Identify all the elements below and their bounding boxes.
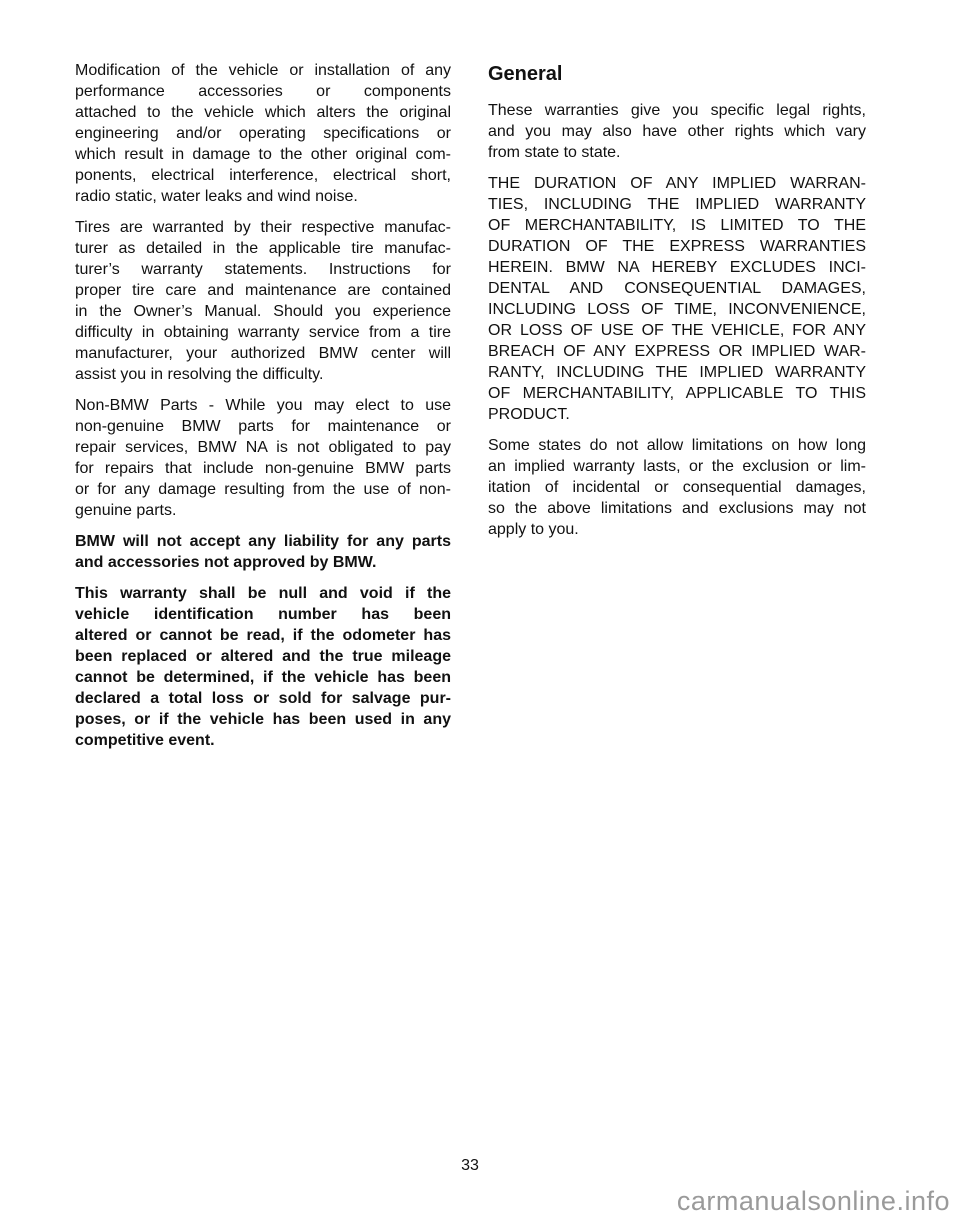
right-column: General These warranties give you specif… (488, 60, 866, 550)
text-line: PRODUCT. (488, 404, 866, 425)
text-line: or for any damage resulting from the use… (75, 479, 451, 500)
text-line: non-genuine BMW parts for maintenance or (75, 416, 451, 437)
text-line: OR LOSS OF USE OF THE VEHICLE, FOR ANY (488, 320, 866, 341)
text-line: Tires are warranted by their respective … (75, 217, 451, 238)
text-line: from state to state. (488, 142, 866, 163)
text-line: so the above limitations and exclusions … (488, 498, 866, 519)
right-column-paragraphs: These warranties give you specific legal… (488, 100, 866, 540)
text-line: turer as detailed in the applicable tire… (75, 238, 451, 259)
text-line: declared a total loss or sold for salvag… (75, 688, 451, 709)
text-line: BREACH OF ANY EXPRESS OR IMPLIED WAR- (488, 341, 866, 362)
section-heading-general: General (488, 62, 866, 86)
text-line: for repairs that include non-genuine BMW… (75, 458, 451, 479)
text-line: OF MERCHANTABILITY, APPLICABLE TO THIS (488, 383, 866, 404)
text-line: radio static, water leaks and wind noise… (75, 186, 451, 207)
page-number: 33 (0, 1156, 940, 1176)
text-line: Non-BMW Parts - While you may elect to u… (75, 395, 451, 416)
text-line: and you may also have other rights which… (488, 121, 866, 142)
text-line: DENTAL AND CONSEQUENTIAL DAMAGES, (488, 278, 866, 299)
text-line: manufacturer, your authorized BMW center… (75, 343, 451, 364)
text-line: genuine parts. (75, 500, 451, 521)
text-line: poses, or if the vehicle has been used i… (75, 709, 451, 730)
text-line: TIES, INCLUDING THE IMPLIED WARRANTY (488, 194, 866, 215)
text-line: difficulty in obtaining warranty service… (75, 322, 451, 343)
paragraph: BMW will not accept any liability for an… (75, 531, 451, 573)
text-line: attached to the vehicle which alters the… (75, 102, 451, 123)
text-line: assist you in resolving the difficulty. (75, 364, 451, 385)
text-line: in the Owner’s Manual. Should you experi… (75, 301, 451, 322)
paragraph: This warranty shall be null and void if … (75, 583, 451, 751)
two-column-layout: Modification of the vehicle or installat… (0, 0, 960, 761)
paragraph: Tires are warranted by their respective … (75, 217, 451, 385)
text-line: proper tire care and maintenance are con… (75, 280, 451, 301)
text-line: OF MERCHANTABILITY, IS LIMITED TO THE (488, 215, 866, 236)
text-line: These warranties give you specific legal… (488, 100, 866, 121)
text-line: INCLUDING LOSS OF TIME, INCONVENIENCE, (488, 299, 866, 320)
paragraph: THE DURATION OF ANY IMPLIED WARRAN-TIES,… (488, 173, 866, 425)
text-line: altered or cannot be read, if the odomet… (75, 625, 451, 646)
text-line: performance accessories or components (75, 81, 451, 102)
left-column: Modification of the vehicle or installat… (75, 60, 451, 761)
text-line: engineering and/or operating specificati… (75, 123, 451, 144)
text-line: vehicle identification number has been (75, 604, 451, 625)
text-line: BMW will not accept any liability for an… (75, 531, 451, 552)
text-line: competitive event. (75, 730, 451, 751)
text-line: apply to you. (488, 519, 866, 540)
text-line: DURATION OF THE EXPRESS WARRANTIES (488, 236, 866, 257)
text-line: turer’s warranty statements. Instruction… (75, 259, 451, 280)
text-line: been replaced or altered and the true mi… (75, 646, 451, 667)
text-line: This warranty shall be null and void if … (75, 583, 451, 604)
text-line: HEREIN. BMW NA HEREBY EXCLUDES INCI- (488, 257, 866, 278)
document-page: Modification of the vehicle or installat… (0, 0, 960, 1218)
watermark-text: carmanualsonline.info (677, 1186, 950, 1216)
paragraph: Some states do not allow limitations on … (488, 435, 866, 540)
paragraph: Modification of the vehicle or installat… (75, 60, 451, 207)
text-line: Some states do not allow limitations on … (488, 435, 866, 456)
text-line: Modification of the vehicle or installat… (75, 60, 451, 81)
paragraph: Non-BMW Parts - While you may elect to u… (75, 395, 451, 521)
text-line: cannot be determined, if the vehicle has… (75, 667, 451, 688)
text-line: an implied warranty lasts, or the exclus… (488, 456, 866, 477)
text-line: ponents, electrical interference, electr… (75, 165, 451, 186)
text-line: repair services, BMW NA is not obligated… (75, 437, 451, 458)
text-line: RANTY, INCLUDING THE IMPLIED WARRANTY (488, 362, 866, 383)
text-line: itation of incidental or consequential d… (488, 477, 866, 498)
text-line: and accessories not approved by BMW. (75, 552, 451, 573)
text-line: THE DURATION OF ANY IMPLIED WARRAN- (488, 173, 866, 194)
paragraph: These warranties give you specific legal… (488, 100, 866, 163)
text-line: which result in damage to the other orig… (75, 144, 451, 165)
